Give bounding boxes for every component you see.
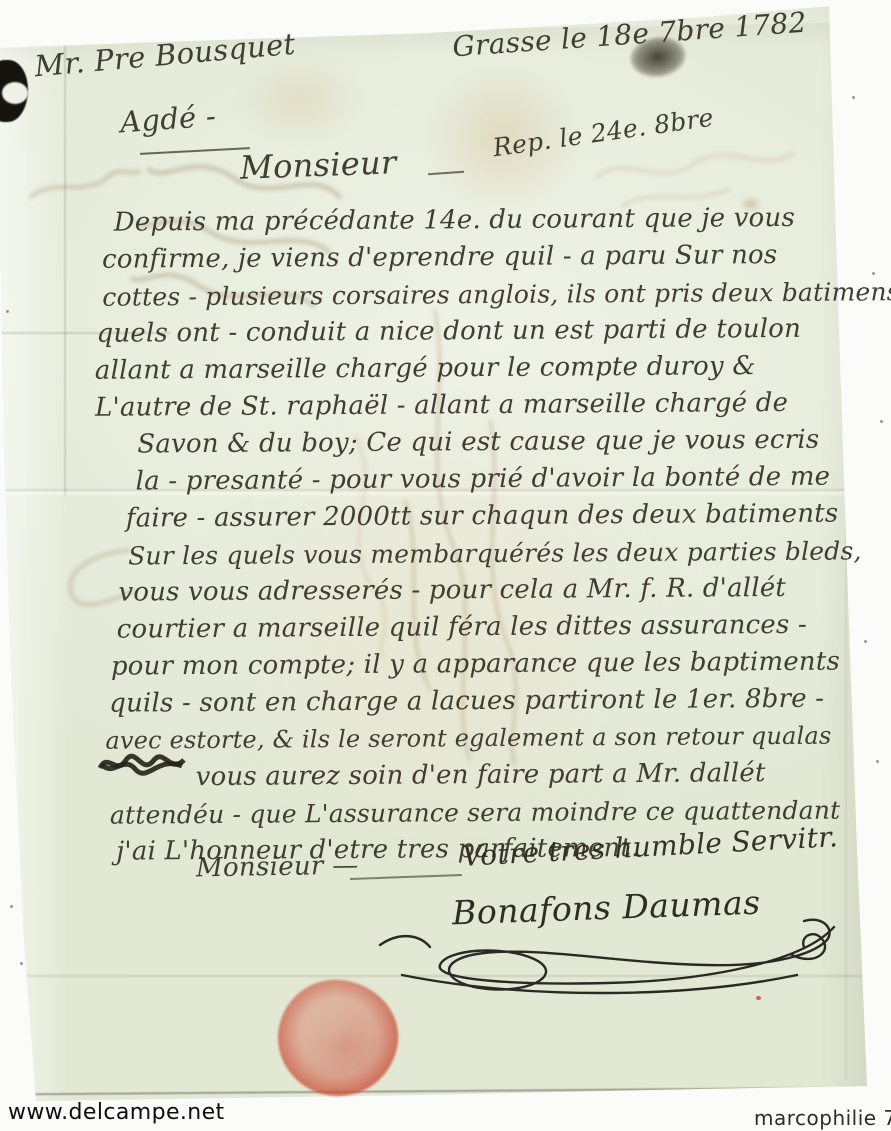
salutation: Monsieur xyxy=(239,143,397,186)
letter-line: Savon & du boy; Ce qui est cause que je … xyxy=(137,421,885,463)
letter-line: allant a marseille chargé pour le compte… xyxy=(95,347,885,390)
vertical-fold-line xyxy=(64,36,66,496)
postmark-mottling xyxy=(296,1000,376,1074)
dust-speck xyxy=(852,96,855,99)
letter-body: Depuis ma précédante 14e. du courant que… xyxy=(94,199,889,870)
marcophilie-watermark: marcophilie 74 xyxy=(754,1106,891,1130)
scanned-letter-photo: Mr. Pre Bousquet Grasse le 18e 7bre 1782… xyxy=(0,0,891,1131)
dust-speck xyxy=(10,905,13,908)
paper-stain xyxy=(235,55,365,145)
closing-salutation: Monsieur — xyxy=(196,851,359,884)
red-ink-speck xyxy=(756,996,761,1000)
dust-speck xyxy=(880,420,883,423)
dust-speck xyxy=(6,310,9,313)
letter-line: pour mon compte; il y a apparance que le… xyxy=(111,643,887,685)
letter-line: faire - assurer 2000tt sur chaqun des de… xyxy=(126,495,886,537)
wax-seal-tear xyxy=(2,82,28,104)
letter-line: avec estorte, & ils le seront egalement … xyxy=(105,717,887,759)
letter-line: cottes - plusieurs corsaires anglois, il… xyxy=(102,273,884,315)
letter-line: Depuis ma précédante 14e. du courant que… xyxy=(114,199,884,241)
dust-speck xyxy=(864,640,867,643)
dust-speck xyxy=(20,962,23,965)
letter-line: la - presanté - pour vous prié d'avoir l… xyxy=(135,458,885,500)
letter-line: vous vous adresserés - pour cela a Mr. f… xyxy=(118,569,886,611)
crossed-out-word-scribble xyxy=(96,748,188,778)
signature-flourish xyxy=(372,905,847,1005)
paper-bottom-edge-shadow xyxy=(30,1087,866,1096)
letter-line: L'autre de St. raphaël - allant a marsei… xyxy=(95,384,885,427)
letter-line: courtier a marseille quil féra les ditte… xyxy=(117,606,887,648)
dust-speck xyxy=(872,272,875,275)
letter-line: Sur les quels vous membarquérés les deux… xyxy=(128,532,886,574)
letter-line: vous aurez soin d'en faire part a Mr. da… xyxy=(196,754,888,796)
delcampe-watermark: www.delcampe.net xyxy=(8,1100,225,1125)
destination-town: Agdé - xyxy=(119,99,217,140)
letter-line: quels ont - conduit a nice dont un est p… xyxy=(96,310,884,353)
letter-line: quils - sont en charge a lacues partiron… xyxy=(109,680,887,722)
dust-speck xyxy=(876,760,879,763)
letter-line: confirme, je viens d'eprendre quil - a p… xyxy=(102,236,884,278)
